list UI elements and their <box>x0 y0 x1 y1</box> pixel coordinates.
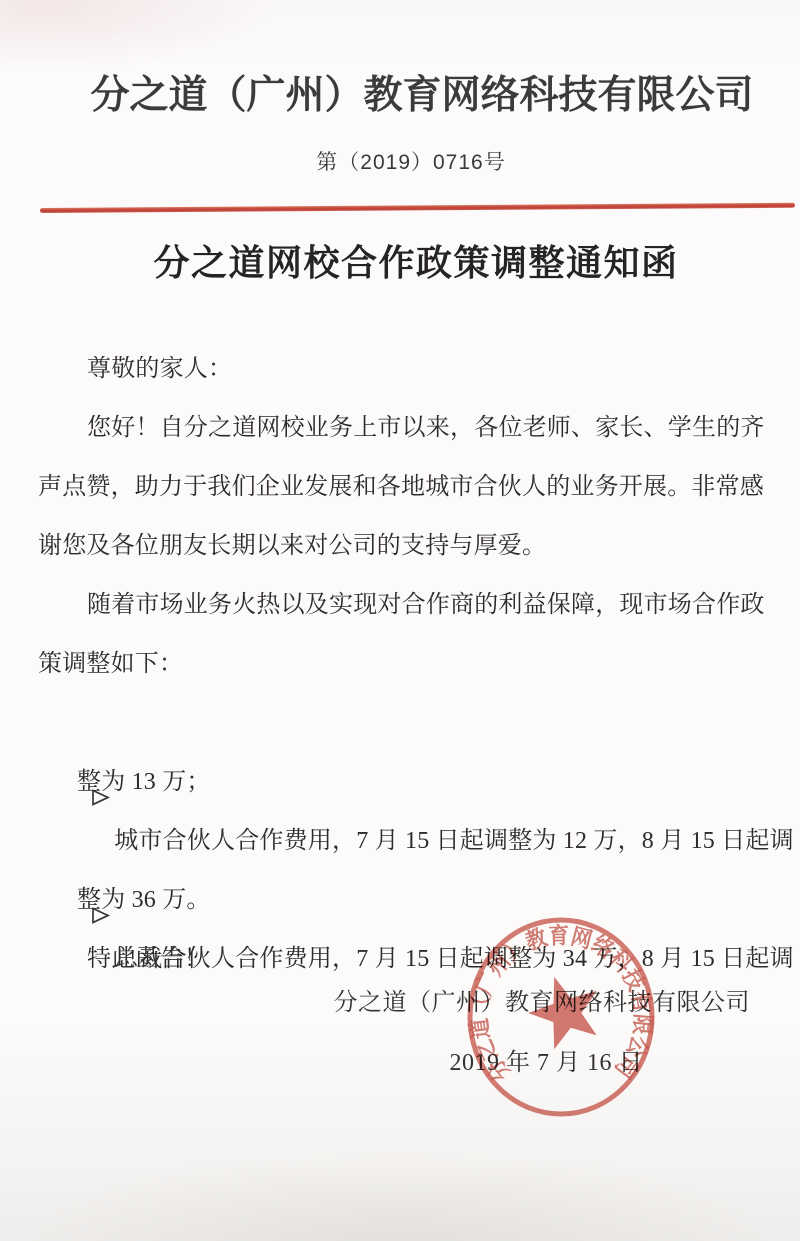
company-name-header: 分之道（广州）教育网络科技有限公司 <box>22 71 800 121</box>
arrow-bullet-icon <box>40 831 61 852</box>
seal-star-icon <box>524 971 604 1052</box>
bullet-text: 总裁合伙人合作费用，7 月 15 日起调整为 34 万，8 月 15 日起调 <box>114 946 794 972</box>
bullet-text-continued: 整为 13 万； <box>38 753 766 812</box>
letter-body: 尊敬的家人： 您好！自分之道网校业务上市以来，各位老师、家长、学生的齐 声点赞，… <box>38 340 766 989</box>
paragraph-line: 策调整如下： <box>38 635 766 694</box>
company-seal-stamp: 分之道（广州）教育网络科技有限公司 <box>462 913 662 1127</box>
paragraph-line: 声点赞，助力于我们企业发展和各地城市合伙人的业务开展。非常感 <box>38 458 766 517</box>
letter-page: 分之道（广州）教育网络科技有限公司 第（2019）0716号 分之道网校合作政策… <box>0 0 800 1241</box>
letter-title: 分之道网校合作政策调整通知函 <box>16 240 800 286</box>
header-divider-line <box>40 203 795 213</box>
paragraph-line: 您好！自分之道网校业务上市以来，各位老师、家长、学生的齐 <box>38 399 766 458</box>
paragraph-line: 谢您及各位朋友长期以来对公司的支持与厚爱。 <box>38 517 766 576</box>
bullet-item-city-partner: 城市合伙人合作费用，7 月 15 日起调整为 12 万，8 月 15 日起调 <box>38 694 766 753</box>
document-number: 第（2019）0716号 <box>11 148 800 178</box>
arrow-bullet-icon <box>40 713 61 734</box>
salutation: 尊敬的家人： <box>38 340 766 399</box>
paragraph-line: 随着市场业务火热以及实现对合作商的利益保障，现市场合作政 <box>38 576 766 635</box>
bullet-item-president-partner: 总裁合伙人合作费用，7 月 15 日起调整为 34 万，8 月 15 日起调 <box>38 812 766 871</box>
